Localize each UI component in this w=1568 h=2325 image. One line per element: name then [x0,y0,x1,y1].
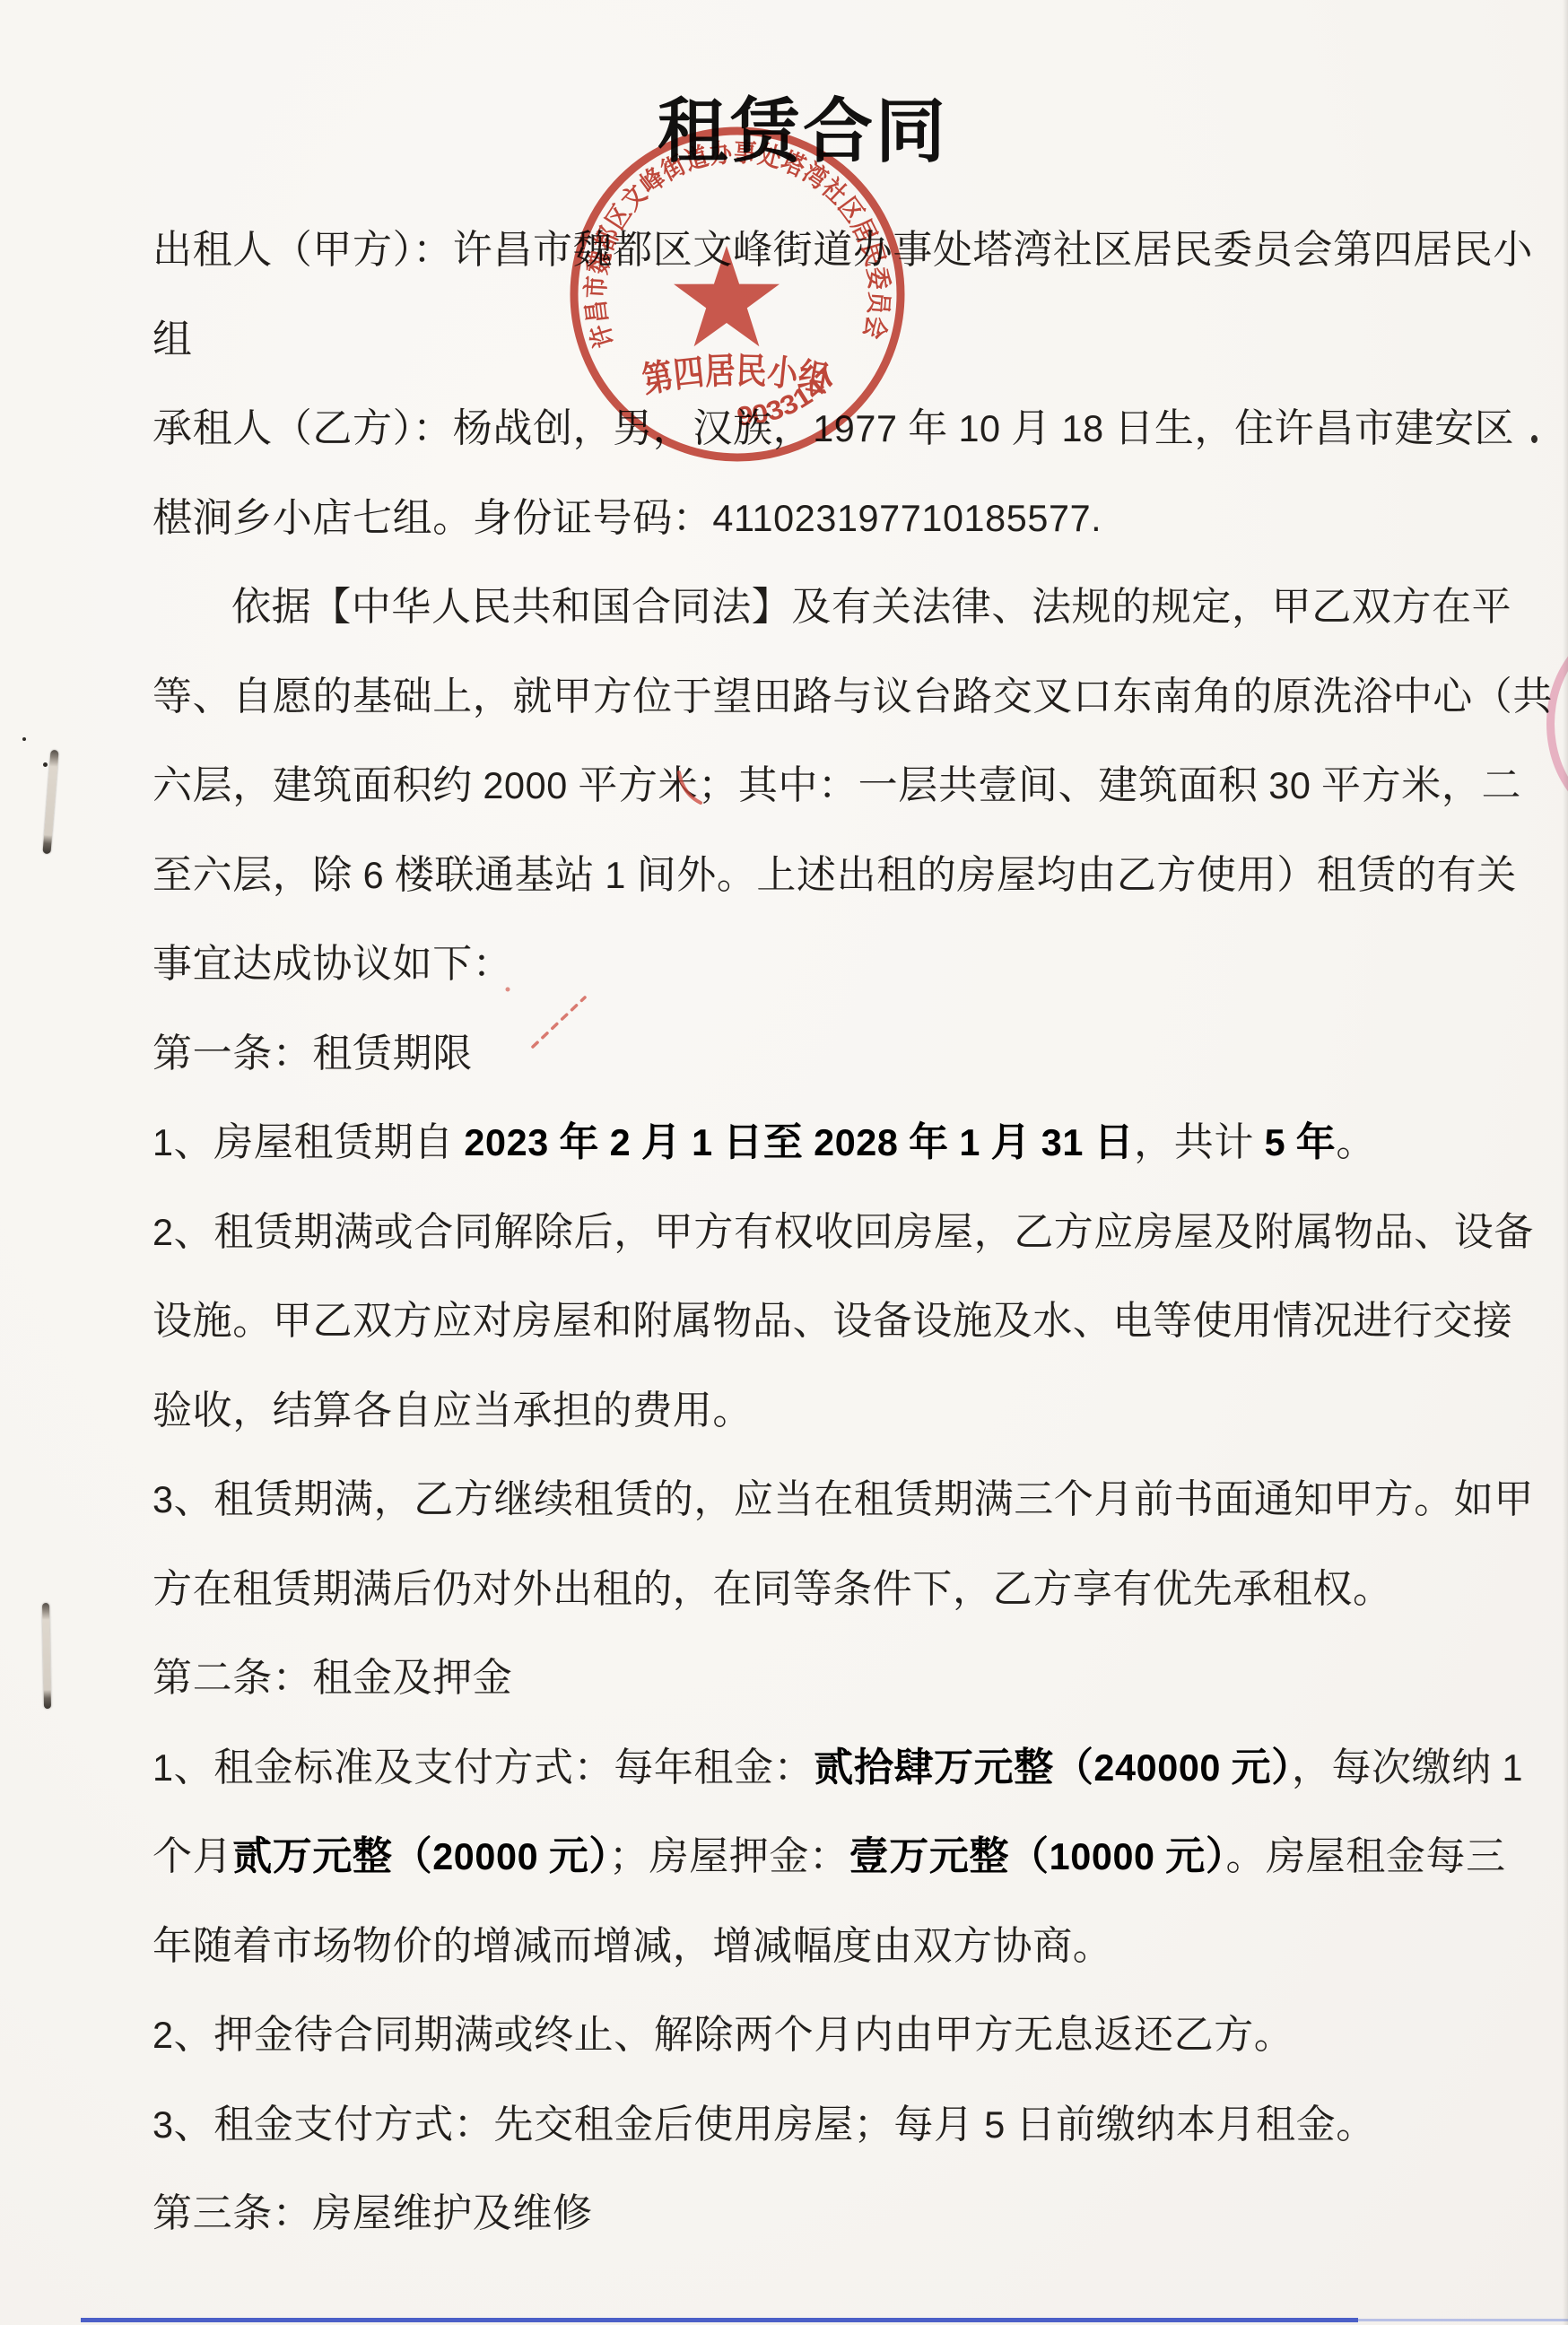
contract-line: 依据【中华人民共和国合同法】及有关法律、法规的规定，甲乙双方在平 [231,583,1511,631]
contract-line: 等、自愿的基础上，就甲方位于望田路与议台路交叉口东南角的原洗浴中心（共 [152,673,1553,721]
contract-line: 设施。甲乙双方应对房屋和附属物品、设备设施及水、电等使用情况进行交接 [152,1297,1512,1345]
contract-line: 椹涧乡小店七组。身份证号码：411023197710185577. [152,494,1102,543]
contract-line: 1、租金标准及支付方式：每年租金：贰拾肆万元整（240000 元），每次缴纳 1 [152,1744,1523,1792]
contract-line: 至六层，除 6 楼联通基站 1 间外。上述出租的房屋均由乙方使用）租赁的有关 [152,851,1517,900]
contract-line: 2、租赁期满或合同解除后，甲方有权收回房屋，乙方应房屋及附属物品、设备 [152,1208,1534,1257]
contract-page: 租赁合同 出租人（甲方）：许昌市魏都区文峰街道办事处塔湾社区居民委员会第四居民小… [0,0,1568,2325]
contract-line: 第一条：租赁期限 [152,1030,473,1078]
contract-line: 方在租赁期满后仍对外出租的，在同等条件下，乙方享有优先承租权。 [152,1565,1393,1614]
contract-line: 第二条：租金及押金 [152,1654,512,1702]
official-seal: 许昌市魏都区文峰街道办事处塔湾社区居民委员会 第四居民小组 9033147 [556,126,915,466]
contract-line: 2、押金待合同期满或终止、解除两个月内由甲方无息返还乙方。 [152,2011,1294,2059]
scan-speck [43,762,48,767]
scanner-line-artifact [81,2318,1358,2322]
scanner-line-artifact [1358,2319,1568,2321]
contract-line: 3、租金支付方式：先交租金后使用房屋；每月 5 日前缴纳本月租金。 [152,2101,1376,2149]
contract-line: 第三条：房屋维护及维修 [152,2190,593,2238]
contract-line: 个月贰万元整（20000 元）；房屋押金：壹万元整（10000 元）。房屋租金每… [152,1833,1506,1881]
contract-line: 验收，结算各自应当承担的费用。 [152,1387,753,1435]
seal-star [674,246,780,346]
contract-line: 年随着市场物价的增减而增减，增减幅度由双方协商。 [152,1922,1112,1971]
scan-speck [1531,435,1538,443]
contract-line: 1、房屋租赁期自 2023 年 2 月 1 日至 2028 年 1 月 31 日… [152,1119,1376,1167]
contract-line: 3、租赁期满，乙方继续租赁的，应当在租赁期满三个月前书面通知甲方。如甲 [152,1476,1534,1524]
contract-line: 事宜达成协议如下： [152,940,512,988]
scan-speck [22,737,26,741]
contract-line: 六层，建筑面积约 2000 平方米；其中：一层共壹间、建筑面积 30 平方米，二 [152,762,1521,810]
contract-line: 组 [152,316,193,364]
